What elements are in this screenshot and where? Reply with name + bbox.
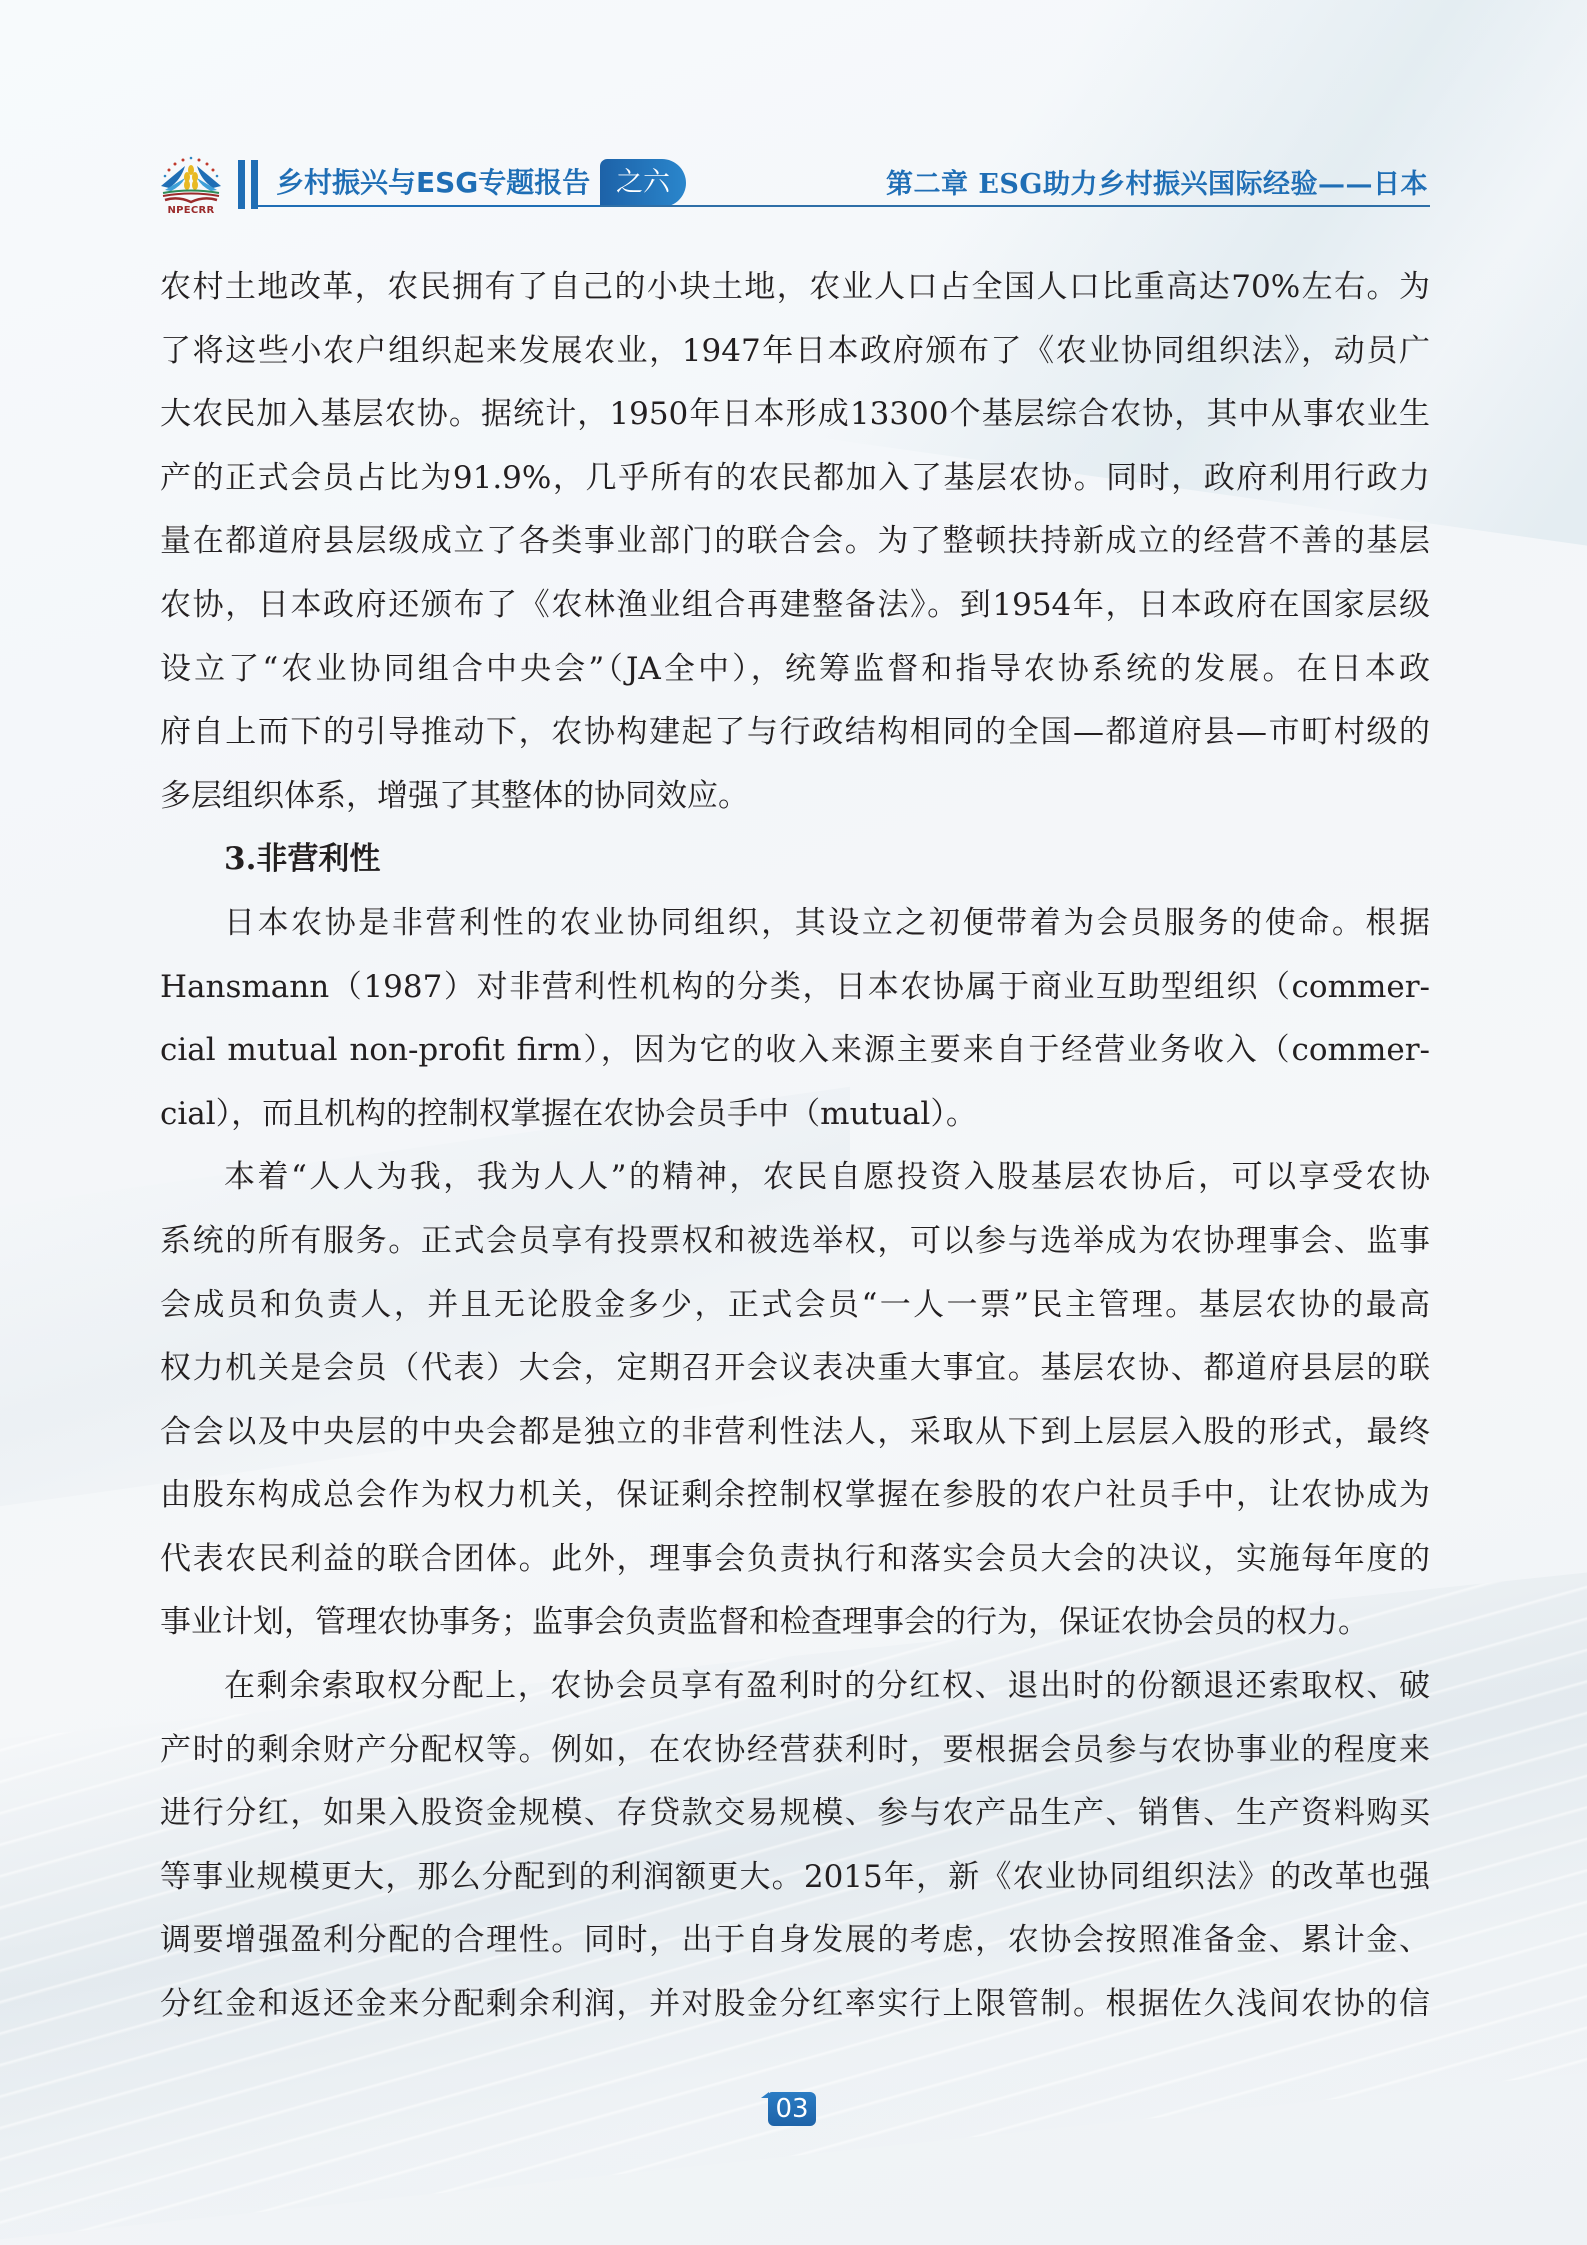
- text-line: 了将这些小农户组织起来发展农业，1947年日本政府颁布了《农业协同组织法》，动员…: [160, 320, 1430, 384]
- text-line: 分红金和返还金来分配剩余利润，并对股金分红率实行上限管制。根据佐久浅间农协的信: [160, 1973, 1430, 2037]
- text-line: 调要增强盈利分配的合理性。同时，出于自身发展的考虑，农协会按照准备金、累计金、: [160, 1909, 1430, 1973]
- header-accent-bar: [251, 160, 258, 209]
- text-line: Hansmann（1987）对非营利性机构的分类，日本农协属于商业互助型组织（c…: [160, 956, 1430, 1020]
- text-line: 会成员和负责人，并且无论股金多少，正式会员“一人一票”民主管理。基层农协的最高: [160, 1274, 1430, 1338]
- logo-text: NPECRR: [155, 205, 227, 216]
- text-line: 等事业规模更大，那么分配到的利润额更大。2015年，新《农业协同组织法》的改革也…: [160, 1846, 1430, 1910]
- text-line: 合会以及中央层的中央会都是独立的非营利性法人，采取从下到上层层入股的形式，最终: [160, 1401, 1430, 1465]
- report-title: 乡村振兴与ESG专题报告: [276, 163, 590, 203]
- header-accent-bar: [238, 160, 245, 209]
- body-text: 农村土地改革，农民拥有了自己的小块土地，农业人口占全国人口比重高达70%左右。为…: [160, 256, 1430, 2037]
- npecrr-logo: NPECRR: [155, 156, 227, 216]
- text-line: 产的正式会员占比为91.9%，几乎所有的农民都加入了基层农协。同时，政府利用行政…: [160, 447, 1430, 511]
- text-line: 权力机关是会员（代表）大会，定期召开会议表决重大事宜。基层农协、都道府县层的联: [160, 1337, 1430, 1401]
- header-divider: [600, 205, 1430, 207]
- chapter-title: 第二章 ESG助力乡村振兴国际经验——日本: [886, 165, 1428, 205]
- text-line: cial mutual non-profit firm），因为它的收入来源主要来…: [160, 1019, 1430, 1083]
- text-line: 多层组织体系，增强了其整体的协同效应。: [160, 765, 1430, 829]
- text-line: 在剩余索取权分配上，农协会员享有盈利时的分红权、退出时的份额退还索取权、破: [160, 1655, 1430, 1719]
- text-line: 府自上而下的引导推动下，农协构建起了与行政结构相同的全国—都道府县—市町村级的: [160, 701, 1430, 765]
- paragraph: 本着“人人为我，我为人人”的精神，农民自愿投资入股基层农协后，可以享受农协 系统…: [160, 1146, 1430, 1655]
- text-line: 农协，日本政府还颁布了《农林渔业组合再建整备法》。到1954年，日本政府在国家层…: [160, 574, 1430, 638]
- text-line: 产时的剩余财产分配权等。例如，在农协经营获利时，要根据会员参与农协事业的程度来: [160, 1719, 1430, 1783]
- paragraph: 农村土地改革，农民拥有了自己的小块土地，农业人口占全国人口比重高达70%左右。为…: [160, 256, 1430, 828]
- text-line: 本着“人人为我，我为人人”的精神，农民自愿投资入股基层农协后，可以享受农协: [160, 1146, 1430, 1210]
- text-line: 进行分红，如果入股资金规模、存贷款交易规模、参与农产品生产、销售、生产资料购买: [160, 1782, 1430, 1846]
- text-line: 农村土地改革，农民拥有了自己的小块土地，农业人口占全国人口比重高达70%左右。为: [160, 256, 1430, 320]
- text-line: 日本农协是非营利性的农业协同组织，其设立之初便带着为会员服务的使命。根据: [160, 892, 1430, 956]
- text-line: 量在都道府县层级成立了各类事业部门的联合会。为了整顿扶持新成立的经营不善的基层: [160, 510, 1430, 574]
- wheat-book-logo-icon: [155, 156, 227, 204]
- paragraph: 在剩余索取权分配上，农协会员享有盈利时的分红权、退出时的份额退还索取权、破 产时…: [160, 1655, 1430, 2037]
- text-line: 系统的所有服务。正式会员享有投票权和被选举权，可以参与选举成为农协理事会、监事: [160, 1210, 1430, 1274]
- header-title-underline: [258, 205, 603, 207]
- series-badge: 之六: [600, 159, 686, 207]
- text-line: 由股东构成总会作为权力机关，保证剩余控制权掌握在参股的农户社员手中，让农协成为: [160, 1464, 1430, 1528]
- page-number: 03: [768, 2092, 816, 2126]
- text-line: 设立了“农业协同组合中央会”（JA全中），统筹监督和指导农协系统的发展。在日本政: [160, 638, 1430, 702]
- section-heading: 3.非营利性: [160, 828, 1430, 892]
- page-header: NPECRR 乡村振兴与ESG专题报告 之六 第二章 ESG助力乡村振兴国际经验…: [0, 0, 1587, 230]
- paragraph: 日本农协是非营利性的农业协同组织，其设立之初便带着为会员服务的使命。根据 Han…: [160, 892, 1430, 1146]
- text-line: 事业计划，管理农协事务；监事会负责监督和检查理事会的行为，保证农协会员的权力。: [160, 1591, 1430, 1655]
- text-line: 代表农民利益的联合团体。此外，理事会负责执行和落实会员大会的决议，实施每年度的: [160, 1528, 1430, 1592]
- text-line: cial），而且机构的控制权掌握在农协会员手中（mutual）。: [160, 1083, 1430, 1147]
- text-line: 大农民加入基层农协。据统计，1950年日本形成13300个基层综合农协，其中从事…: [160, 383, 1430, 447]
